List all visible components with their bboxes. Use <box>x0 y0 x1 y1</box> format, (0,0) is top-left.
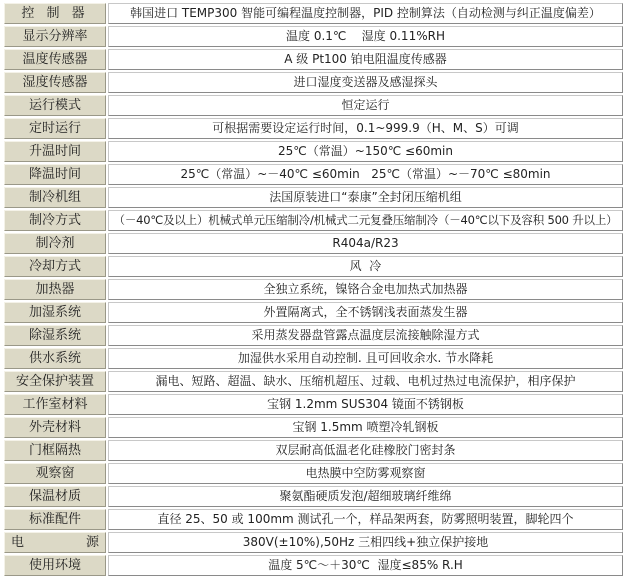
row-label: 外壳材料 <box>4 417 106 438</box>
row-label: 升温时间 <box>4 141 106 162</box>
table-row-insulation-material: 保温材质 聚氨酯硬质发泡/超细玻璃纤维绵 <box>4 486 623 507</box>
row-value: 风 冷 <box>108 256 623 277</box>
row-value: （－40℃及以上）机械式单元压缩制冷/机械式二元复叠压缩制冷（－40℃以下及容积… <box>108 210 623 231</box>
table-row-water-supply-system: 供水系统 加湿供水采用自动控制. 且可回收余水. 节水降耗 <box>4 348 623 369</box>
row-value: 双层耐高低温老化硅橡胶门密封条 <box>108 440 623 461</box>
table-row-humidity-sensor: 湿度传感器 进口湿度变送器及感湿探头 <box>4 72 623 93</box>
row-value: 温度 0.1℃ 湿度 0.11%RH <box>108 26 623 47</box>
table-row-power-supply: 电 源 380V(±10%),50Hz 三相四线+独立保护接地 <box>4 532 623 553</box>
table-row-heater: 加热器 全独立系统，镍铬合金电加热式加热器 <box>4 279 623 300</box>
row-value: 聚氨酯硬质发泡/超细玻璃纤维绵 <box>108 486 623 507</box>
row-value: 恒定运行 <box>108 95 623 116</box>
table-row-cooling-method: 冷却方式 风 冷 <box>4 256 623 277</box>
row-label: 降温时间 <box>4 164 106 185</box>
row-label: 制冷方式 <box>4 210 106 231</box>
table-row-heating-time: 升温时间 25℃（常温）~150℃ ≤60min <box>4 141 623 162</box>
row-label: 安全保护装置 <box>4 371 106 392</box>
row-value: 直径 25、50 或 100mm 测试孔一个，样品架两套，防雾照明装置，脚轮四个 <box>108 509 623 530</box>
row-label: 加湿系统 <box>4 302 106 323</box>
row-value: 温度 5℃～＋30℃ 湿度≤85% R.H <box>108 555 623 576</box>
row-value: 漏电、短路、超温、缺水、压缩机超压、过载、电机过热过电流保护，相序保护 <box>108 371 623 392</box>
table-row-display-resolution: 显示分辨率 温度 0.1℃ 湿度 0.11%RH <box>4 26 623 47</box>
table-row-refrigerant: 制冷剂 R404a/R23 <box>4 233 623 254</box>
table-row-controller: 控 制 器 韩国进口 TEMP300 智能可编程温度控制器，PID 控制算法（自… <box>4 3 623 24</box>
table-row-humidifying-system: 加湿系统 外置隔离式，全不锈钢浅表面蒸发生器 <box>4 302 623 323</box>
row-value: 宝钢 1.2mm SUS304 镜面不锈钢板 <box>108 394 623 415</box>
row-label: 显示分辨率 <box>4 26 106 47</box>
table-row-safety-protection: 安全保护装置 漏电、短路、超温、缺水、压缩机超压、过载、电机过热过电流保护，相序… <box>4 371 623 392</box>
row-label: 电 源 <box>4 532 106 553</box>
row-value: 加湿供水采用自动控制. 且可回收余水. 节水降耗 <box>108 348 623 369</box>
table-row-standard-accessories: 标准配件 直径 25、50 或 100mm 测试孔一个，样品架两套，防雾照明装置… <box>4 509 623 530</box>
row-label: 冷却方式 <box>4 256 106 277</box>
row-label: 标准配件 <box>4 509 106 530</box>
row-value: 韩国进口 TEMP300 智能可编程温度控制器，PID 控制算法（自动检测与纠正… <box>108 3 623 24</box>
row-label: 制冷机组 <box>4 187 106 208</box>
row-label: 除湿系统 <box>4 325 106 346</box>
table-row-operating-environment: 使用环境 温度 5℃～＋30℃ 湿度≤85% R.H <box>4 555 623 576</box>
table-row-dehumidifying-system: 除湿系统 采用蒸发器盘管露点温度层流接触除湿方式 <box>4 325 623 346</box>
spec-table: 控 制 器 韩国进口 TEMP300 智能可编程温度控制器，PID 控制算法（自… <box>2 1 625 578</box>
row-value: 采用蒸发器盘管露点温度层流接触除湿方式 <box>108 325 623 346</box>
row-value: 进口湿度变送器及感湿探头 <box>108 72 623 93</box>
table-row-cooling-time: 降温时间 25℃（常温）~－40℃ ≤60min 25℃（常温）~－70℃ ≤8… <box>4 164 623 185</box>
row-value: 宝钢 1.5mm 喷塑冷轧钢板 <box>108 417 623 438</box>
table-row-chamber-material: 工作室材料 宝钢 1.2mm SUS304 镜面不锈钢板 <box>4 394 623 415</box>
table-row-run-mode: 运行模式 恒定运行 <box>4 95 623 116</box>
table-row-door-insulation: 门框隔热 双层耐高低温老化硅橡胶门密封条 <box>4 440 623 461</box>
row-label: 供水系统 <box>4 348 106 369</box>
row-label: 门框隔热 <box>4 440 106 461</box>
row-value: 25℃（常温）~－40℃ ≤60min 25℃（常温）~－70℃ ≤80min <box>108 164 623 185</box>
row-value: 25℃（常温）~150℃ ≤60min <box>108 141 623 162</box>
row-label: 控 制 器 <box>4 3 106 24</box>
table-row-shell-material: 外壳材料 宝钢 1.5mm 喷塑冷轧钢板 <box>4 417 623 438</box>
row-label: 加热器 <box>4 279 106 300</box>
table-row-refrigeration-unit: 制冷机组 法国原装进口“泰康”全封闭压缩机组 <box>4 187 623 208</box>
row-value: 电热膜中空防雾观察窗 <box>108 463 623 484</box>
table-row-refrigeration-method: 制冷方式 （－40℃及以上）机械式单元压缩制冷/机械式二元复叠压缩制冷（－40℃… <box>4 210 623 231</box>
row-value: 可根据需要设定运行时间，0.1~999.9（H、M、S）可调 <box>108 118 623 139</box>
row-label: 观察窗 <box>4 463 106 484</box>
row-label: 运行模式 <box>4 95 106 116</box>
table-row-temperature-sensor: 温度传感器 A 级 Pt100 铂电阻温度传感器 <box>4 49 623 70</box>
row-label: 使用环境 <box>4 555 106 576</box>
row-value: 法国原装进口“泰康”全封闭压缩机组 <box>108 187 623 208</box>
table-row-observation-window: 观察窗 电热膜中空防雾观察窗 <box>4 463 623 484</box>
row-value: 全独立系统，镍铬合金电加热式加热器 <box>108 279 623 300</box>
row-label: 工作室材料 <box>4 394 106 415</box>
row-value: 外置隔离式，全不锈钢浅表面蒸发生器 <box>108 302 623 323</box>
row-label: 保温材质 <box>4 486 106 507</box>
row-value: R404a/R23 <box>108 233 623 254</box>
row-value: A 级 Pt100 铂电阻温度传感器 <box>108 49 623 70</box>
row-value: 380V(±10%),50Hz 三相四线+独立保护接地 <box>108 532 623 553</box>
row-label: 温度传感器 <box>4 49 106 70</box>
row-label: 定时运行 <box>4 118 106 139</box>
row-label: 湿度传感器 <box>4 72 106 93</box>
row-label: 制冷剂 <box>4 233 106 254</box>
table-row-timed-run: 定时运行 可根据需要设定运行时间，0.1~999.9（H、M、S）可调 <box>4 118 623 139</box>
